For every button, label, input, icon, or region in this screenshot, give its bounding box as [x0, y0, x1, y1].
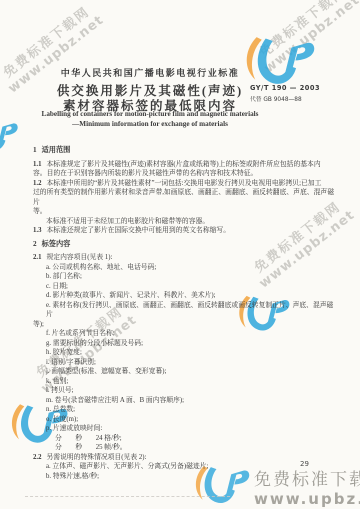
english-title-line1: Labelling of containers for motion-pictu…: [0, 110, 300, 118]
body-line: i. 语别/字幕识别;: [33, 358, 334, 368]
scan-artifact-rule: [25, 496, 230, 497]
standard-number: GY/T 190 — 2003: [250, 84, 355, 92]
clause-text: 过的所有类型的制作用影片素材和录音声带,如画原底、画翻正、画翻底、画反转翻底、声…: [33, 189, 334, 206]
clause-number: 2.2: [33, 454, 42, 461]
body-line: d. 影片种类(故事片、新闻片、记录片、科教片、美术片);: [33, 291, 334, 301]
clause-text: e. 素材名称(发行拷贝、画原底、画翻正、画翻底、画反转翻底或画反转复制正片、声…: [46, 302, 333, 319]
body-line: g. 需要标出的分段小标题及号码;: [33, 339, 334, 349]
clause-text: 另需说明的特殊情况项目(见表 2):: [47, 454, 147, 461]
clause-text: p. 片速或放映时间:: [46, 425, 102, 432]
body-line: 过的所有类型的制作用影片素材和录音声带,如画原底、画翻正、画翻底、画反转翻底、声…: [33, 188, 334, 207]
body-line: 2.1规定内容项目(见表 1):: [33, 253, 334, 263]
document-body: 1适用范围1.1本标准规定了影片及其磁性(声迹)素材容器(片盒或纸箱等)上的标签…: [33, 142, 334, 481]
body-line: p. 片速或放映时间:: [33, 424, 334, 434]
english-title-line2: —Minimum information for exchange of mat…: [0, 120, 300, 128]
body-line: 分 秒 24 格/秒;: [33, 434, 334, 444]
clause-number: 1: [33, 146, 37, 154]
clause-text: f. 片名或系列节目名称;: [46, 330, 115, 337]
clause-number: 1.2: [33, 180, 42, 187]
body-line: h. 胶片宽度;: [33, 348, 334, 358]
body-line: a. 公司或机构名称、地址、电话号码;: [33, 263, 334, 273]
body-line: 2.2另需说明的特殊情况项目(见表 2):: [33, 453, 334, 463]
watermark-site-name: 免费标准下载网: [250, 0, 354, 65]
clause-number: 2: [33, 240, 37, 248]
clause-text: o. 长度(m);: [46, 416, 78, 423]
clause-text: n. 总卷数;: [46, 406, 75, 413]
clause-text: 分 秒 24 格/秒;: [55, 435, 122, 442]
standard-type-line: 中华人民共和国广播电影电视行业标准: [0, 66, 300, 79]
watermark-site-url: www.upbz.net: [254, 490, 360, 508]
clause-text: b. 部门名称;: [46, 273, 82, 280]
clause-number: 2.1: [33, 254, 42, 261]
scanned-standard-page: 免费标准下载网 www.upbz.net 免费标准下载网 www.upbz.ne…: [0, 0, 360, 509]
clause-text: k. 色别;: [46, 378, 68, 385]
body-line: 1.2本标准中所用的“影片及其磁性素材”一词包括:交换用电影发行拷贝及电视用电影…: [33, 179, 334, 189]
clause-number: 1.1: [33, 161, 42, 168]
clause-text: a. 立体声、磁声影片、无声影片、分离式(另备)磁迹片;: [46, 463, 208, 470]
clause-text: b. 特殊片速,格/秒;: [46, 473, 99, 480]
clause-text: a. 公司或机构名称、地址、电话号码;: [46, 264, 156, 271]
clause-text: h. 胶片宽度;: [46, 349, 82, 356]
clause-text: i. 语别/字幕识别;: [46, 359, 96, 366]
body-line: b. 特殊片速,格/秒;: [33, 472, 334, 482]
clause-text: 本标准还规定了影片在国际交换中可能用到的英文名称缩写。: [47, 227, 231, 234]
clause-text: j. 画幅类型(标准、遮幅宽幕、变形宽幕);: [46, 368, 166, 375]
clause-text: 等);: [33, 321, 44, 328]
body-line: e. 素材名称(发行拷贝、画原底、画翻正、画翻底、画反转翻底或画反转复制正片、声…: [33, 301, 334, 320]
body-line: 1.1本标准规定了影片及其磁性(声迹)素材容器(片盒或纸箱等)上的标签或附件所应…: [33, 160, 334, 170]
body-line: l. 拷贝号;: [33, 386, 334, 396]
page-number: 29: [300, 460, 309, 468]
clause-text: 标签内容: [42, 240, 71, 248]
clause-text: c. 日期;: [46, 283, 68, 290]
body-line: j. 画幅类型(标准、遮幅宽幕、变形宽幕);: [33, 367, 334, 377]
clause-text: 本标准规定了影片及其磁性(声迹)素材容器(片盒或纸箱等)上的标签或附件所应包括的…: [47, 161, 321, 168]
clause-text: 分 秒 25 帧/秒。: [55, 444, 127, 451]
body-line: m. 卷号(录音磁带应注明 A 面、B 面内容顺序);: [33, 396, 334, 406]
clause-text: 适用范围: [42, 146, 71, 154]
clause-text: d. 影片种类(故事片、新闻片、记录片、科教片、美术片);: [46, 292, 216, 299]
body-line: c. 日期;: [33, 282, 334, 292]
clause-text: m. 卷号(录音磁带应注明 A 面、B 面内容顺序);: [46, 397, 184, 404]
clause-text: 等。: [33, 208, 47, 215]
body-line: 分 秒 25 帧/秒。: [33, 443, 334, 453]
body-line: n. 总卷数;: [33, 405, 334, 415]
clause-text: g. 需要标出的分段小标题及号码;: [46, 340, 143, 347]
clause-text: l. 拷贝号;: [46, 387, 74, 394]
body-line: 等。: [33, 207, 334, 217]
section-heading: 2标签内容: [33, 240, 334, 250]
body-line: 本标准不适用于未经加工的电影胶片和磁带等的容器。: [33, 217, 334, 227]
clause-text: 规定内容项目(见表 1):: [47, 254, 113, 261]
standard-number-block: GY/T 190 — 2003 代替 GB 9048—88: [250, 84, 355, 103]
watermark-site-url: www.upbz.net: [262, 0, 360, 76]
body-line: b. 部门名称;: [33, 272, 334, 282]
clause-text: 容。目的在于识别容器内所装的影片及其磁性声带的名称内容和技术特征。: [33, 170, 257, 177]
section-heading: 1适用范围: [33, 146, 334, 156]
clause-number: 1.3: [33, 227, 42, 234]
body-line: 容。目的在于识别容器内所装的影片及其磁性声带的名称内容和技术特征。: [33, 169, 334, 179]
watermark-diagonal-top-right: 免费标准下载网 www.upbz.net: [250, 0, 360, 76]
body-line: k. 色别;: [33, 377, 334, 387]
body-line: f. 片名或系列节目名称;: [33, 329, 334, 339]
clause-text: 本标准不适用于未经加工的电影胶片和磁带等的容器。: [46, 218, 209, 225]
clause-text: 本标准中所用的“影片及其磁性素材”一词包括:交换用电影发行拷贝及电视用电影拷贝;…: [47, 180, 322, 187]
replaces-standard: 代替 GB 9048—88: [250, 94, 355, 103]
body-line: 1.3本标准还规定了影片在国际交换中可能用到的英文名称缩写。: [33, 226, 334, 236]
body-line: 等);: [33, 320, 334, 330]
body-line: a. 立体声、磁声影片、无声影片、分离式(另备)磁迹片;: [33, 462, 334, 472]
body-line: o. 长度(m);: [33, 415, 334, 425]
